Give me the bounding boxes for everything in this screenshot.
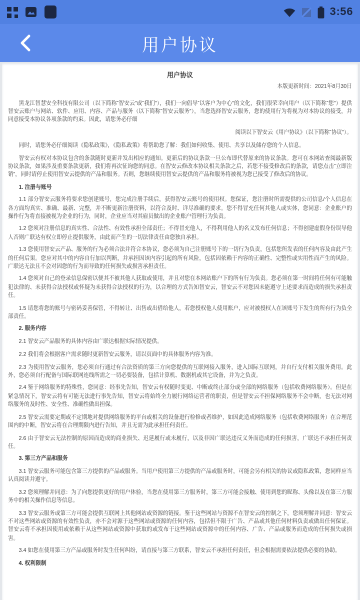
image-notification-icon bbox=[25, 6, 37, 18]
app-screen: { "colors": { "statusbar_blue": "#5181e2… bbox=[0, 0, 360, 600]
agreement-paragraph: 3.1 智安云服务可能包含第三方提供的产品或服务。当用户使用第三方提供的产品或服… bbox=[8, 468, 352, 484]
status-indicators: 3:56 bbox=[283, 6, 353, 19]
grid-notification-icon bbox=[7, 7, 18, 18]
clock-time: 3:56 bbox=[330, 6, 353, 18]
agreement-paragraph: 同时，请您务必仔细阅读《隐私政策》，《隐私政策》将帮助您了解：我们如何收集、使用… bbox=[8, 142, 352, 150]
agreement-paragraph: 3.2 您须理解并同意：为了向您提供更好的用户体验，当您在使用第三方服务时，第三… bbox=[8, 489, 352, 505]
section-heading: 2. 服务内容 bbox=[8, 325, 352, 333]
agreement-paragraph: 1.4 您须对自己的登录信息保密以便其不被其他人获取或使用，并且对您在本网站账户… bbox=[8, 275, 352, 300]
agreement-paragraph: 2.6 由于智安云无法控制的原因而造成的商业损失、迟延履行或未履行，以及非因广联… bbox=[8, 435, 352, 451]
agreement-paragraph: 3.3 智安云服务或第三方可能会提供互联网上其他网站或资源的链接。鉴于这些网站与… bbox=[8, 510, 352, 543]
agreement-paragraph: 黑龙江智慧安全科技有限公司（以下简称“智安云”或“我们”），我们一向倡导“以客户… bbox=[8, 100, 352, 125]
agreement-paragraph: 阅读以下智安云《用户协议》（以下简称“协议”）。 bbox=[8, 129, 352, 137]
agreement-paragraph: 2.5 智安云需要定期或不定期地对提供网络服务的平台或相关的设备进行检修或者维护… bbox=[8, 414, 352, 430]
chevron-left-icon bbox=[18, 33, 32, 53]
agreement-paragraph: 3.4 如您在使用第三方产品或服务时发生任何纠纷，请直接与第三方联系，智安云不承… bbox=[8, 547, 352, 555]
status-bar: 3:56 bbox=[0, 0, 360, 24]
agreement-paragraph: 1.5 请您将您的账号与密码妥善保管，不得转让、出售或出借给他人，若您授权他人使… bbox=[8, 305, 352, 321]
agreement-paragraph: 2.2 我们将会根据客户需求随时更新智安云服务，请以页面中的具体服务内容为准。 bbox=[8, 351, 352, 359]
section-heading: 1. 注册与账号 bbox=[8, 184, 352, 192]
agreement-paragraph: 智安云有权对本协议包含的条款随时更新并发出相应的通知。更新后的协议条款一旦公布即… bbox=[8, 155, 352, 180]
agreement-title: 用户协议 bbox=[8, 70, 352, 79]
agreement-paragraph: 1.2 您须对注册信息的真实性、合法性、有效性承担全部责任；不得冒充他人，不得利… bbox=[8, 225, 352, 241]
no-signal-icon bbox=[301, 7, 312, 18]
battery-icon bbox=[317, 6, 325, 19]
section-heading: 4. 权利限制 bbox=[8, 560, 352, 568]
back-button[interactable] bbox=[8, 24, 42, 62]
agreement-paragraph: 2.4 鉴于网络服务的特殊性，您同意：经事先告知，智安云有权随时变更、中断或终止… bbox=[8, 384, 352, 409]
notification-icons bbox=[7, 5, 283, 19]
agreement-body: 黑龙江智慧安全科技有限公司（以下简称“智安云”或“我们”），我们一向倡导“以客户… bbox=[8, 100, 352, 568]
agreement-paragraph: 1.3 您使用智安云产品、服务的行为必须合法并符合本协议，您必须为自己注册账号下… bbox=[8, 246, 352, 271]
section-heading: 3. 第三方产品和服务 bbox=[8, 455, 352, 463]
agreement-paragraph: 2.1 智安云产品服务的具体内容由广联达根据实际情况提供。 bbox=[8, 338, 352, 346]
agreement-paragraph: 1.1 部分智安云服务将要求您创建账号，您完成注册手续后，获得智安云账号的使用权… bbox=[8, 196, 352, 221]
agreement-paragraph: 2.3 为使用智安云服务，您必须自行通过有合法资质的第三方向您提供的互联网接入服… bbox=[8, 364, 352, 380]
app-notification-icon bbox=[44, 5, 57, 19]
agreement-updated-date: 本版更新时间：2021年8月30日 bbox=[8, 82, 352, 90]
page-title: 用户协议 bbox=[142, 31, 218, 56]
wifi-icon bbox=[283, 7, 296, 18]
app-header: 用户协议 bbox=[0, 24, 360, 62]
agreement-scroll-area[interactable]: 用户协议 本版更新时间：2021年8月30日 黑龙江智慧安全科技有限公司（以下简… bbox=[0, 62, 360, 600]
